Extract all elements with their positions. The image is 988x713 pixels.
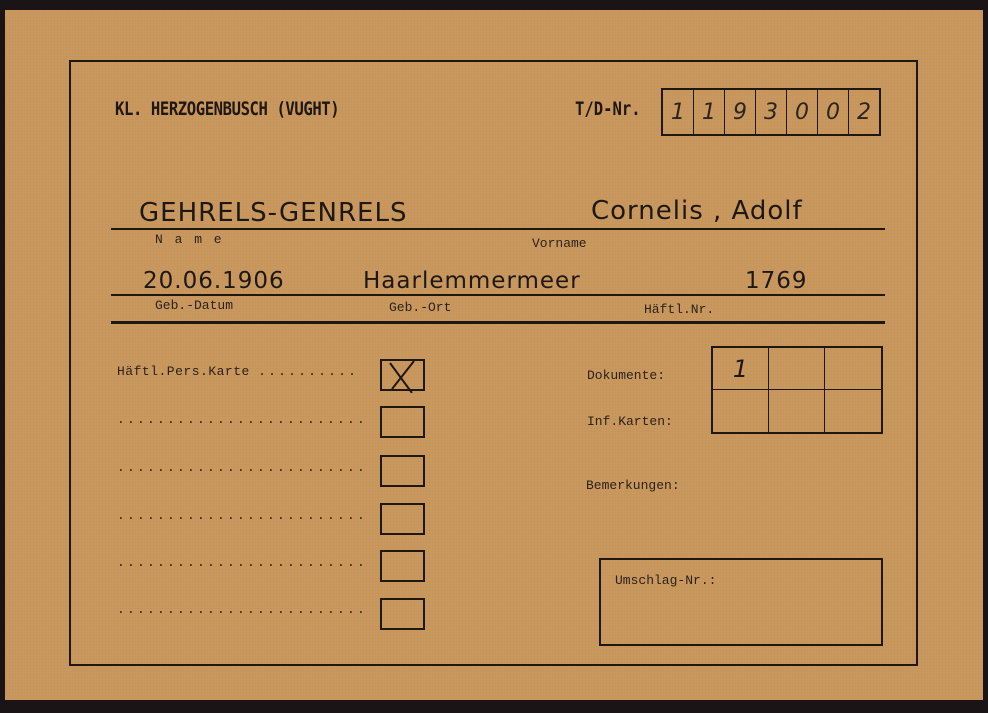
checklist-checkbox-5[interactable] [380,550,425,582]
name-label: N a m e [155,232,224,247]
dokumente-cell[interactable]: 1 [713,348,769,390]
inf-karten-cell[interactable] [713,390,769,432]
umschlag-label: Umschlag-Nr.: [615,573,716,588]
dotted-leader: ......................... [117,555,367,570]
card-frame: KL. HERZOGENBUSCH (VUGHT) T/D-Nr. 1 1 9 … [69,60,918,666]
geb-ort-value: Haarlemmermeer [363,268,581,294]
td-digit: 0 [818,90,849,134]
haeftl-nr-label: Häftl.Nr. [644,302,714,317]
name-line [111,228,885,230]
geb-datum-label: Geb.-Datum [155,298,233,313]
haeftl-nr-value: 1769 [745,268,808,294]
dotted-leader: .......... [258,364,358,379]
dokumente-cell[interactable] [769,348,825,390]
geb-datum-value: 20.06.1906 [143,268,285,294]
name-value: GEHRELS-GENRELS [139,198,407,228]
dokumente-cell[interactable] [825,348,881,390]
inf-karten-cell[interactable] [769,390,825,432]
td-number-boxes: 1 1 9 3 0 0 2 [661,88,881,136]
vorname-label: Vorname [532,236,587,251]
umschlag-box[interactable]: Umschlag-Nr.: [599,558,883,646]
pers-karte-checkbox[interactable] [380,359,425,391]
vorname-value: Cornelis , Adolf [591,196,803,226]
td-digit: 9 [725,90,756,134]
td-digit: 1 [663,90,694,134]
geb-ort-label: Geb.-Ort [389,300,451,315]
td-digit: 1 [694,90,725,134]
td-digit: 2 [849,90,879,134]
bemerkungen-label: Bemerkungen: [586,478,680,493]
dotted-leader: ......................... [117,460,367,475]
pers-karte-label: Häftl.Pers.Karte [117,364,250,379]
inf-karten-label: Inf.Karten: [587,414,673,429]
td-digit: 3 [756,90,787,134]
dotted-leader: ......................... [117,602,367,617]
inf-karten-cell[interactable] [825,390,881,432]
td-digit: 0 [787,90,818,134]
checklist-checkbox-6[interactable] [380,598,425,630]
dotted-leader: ......................... [117,412,367,427]
dotted-leader: ......................... [117,508,367,523]
checklist-checkbox-4[interactable] [380,503,425,535]
checklist-checkbox-2[interactable] [380,406,425,438]
prisoner-index-card: KL. HERZOGENBUSCH (VUGHT) T/D-Nr. 1 1 9 … [5,10,983,700]
x-mark-icon [382,359,422,393]
camp-title: KL. HERZOGENBUSCH (VUGHT) [115,98,339,120]
td-number-label: T/D-Nr. [575,98,641,120]
section-divider [111,321,885,324]
documents-grid: 1 [711,346,883,434]
dokumente-label: Dokumente: [587,368,665,383]
birth-line [111,294,885,296]
checklist-checkbox-3[interactable] [380,455,425,487]
checklist-row-label: Häftl.Pers.Karte .......... [117,364,358,379]
